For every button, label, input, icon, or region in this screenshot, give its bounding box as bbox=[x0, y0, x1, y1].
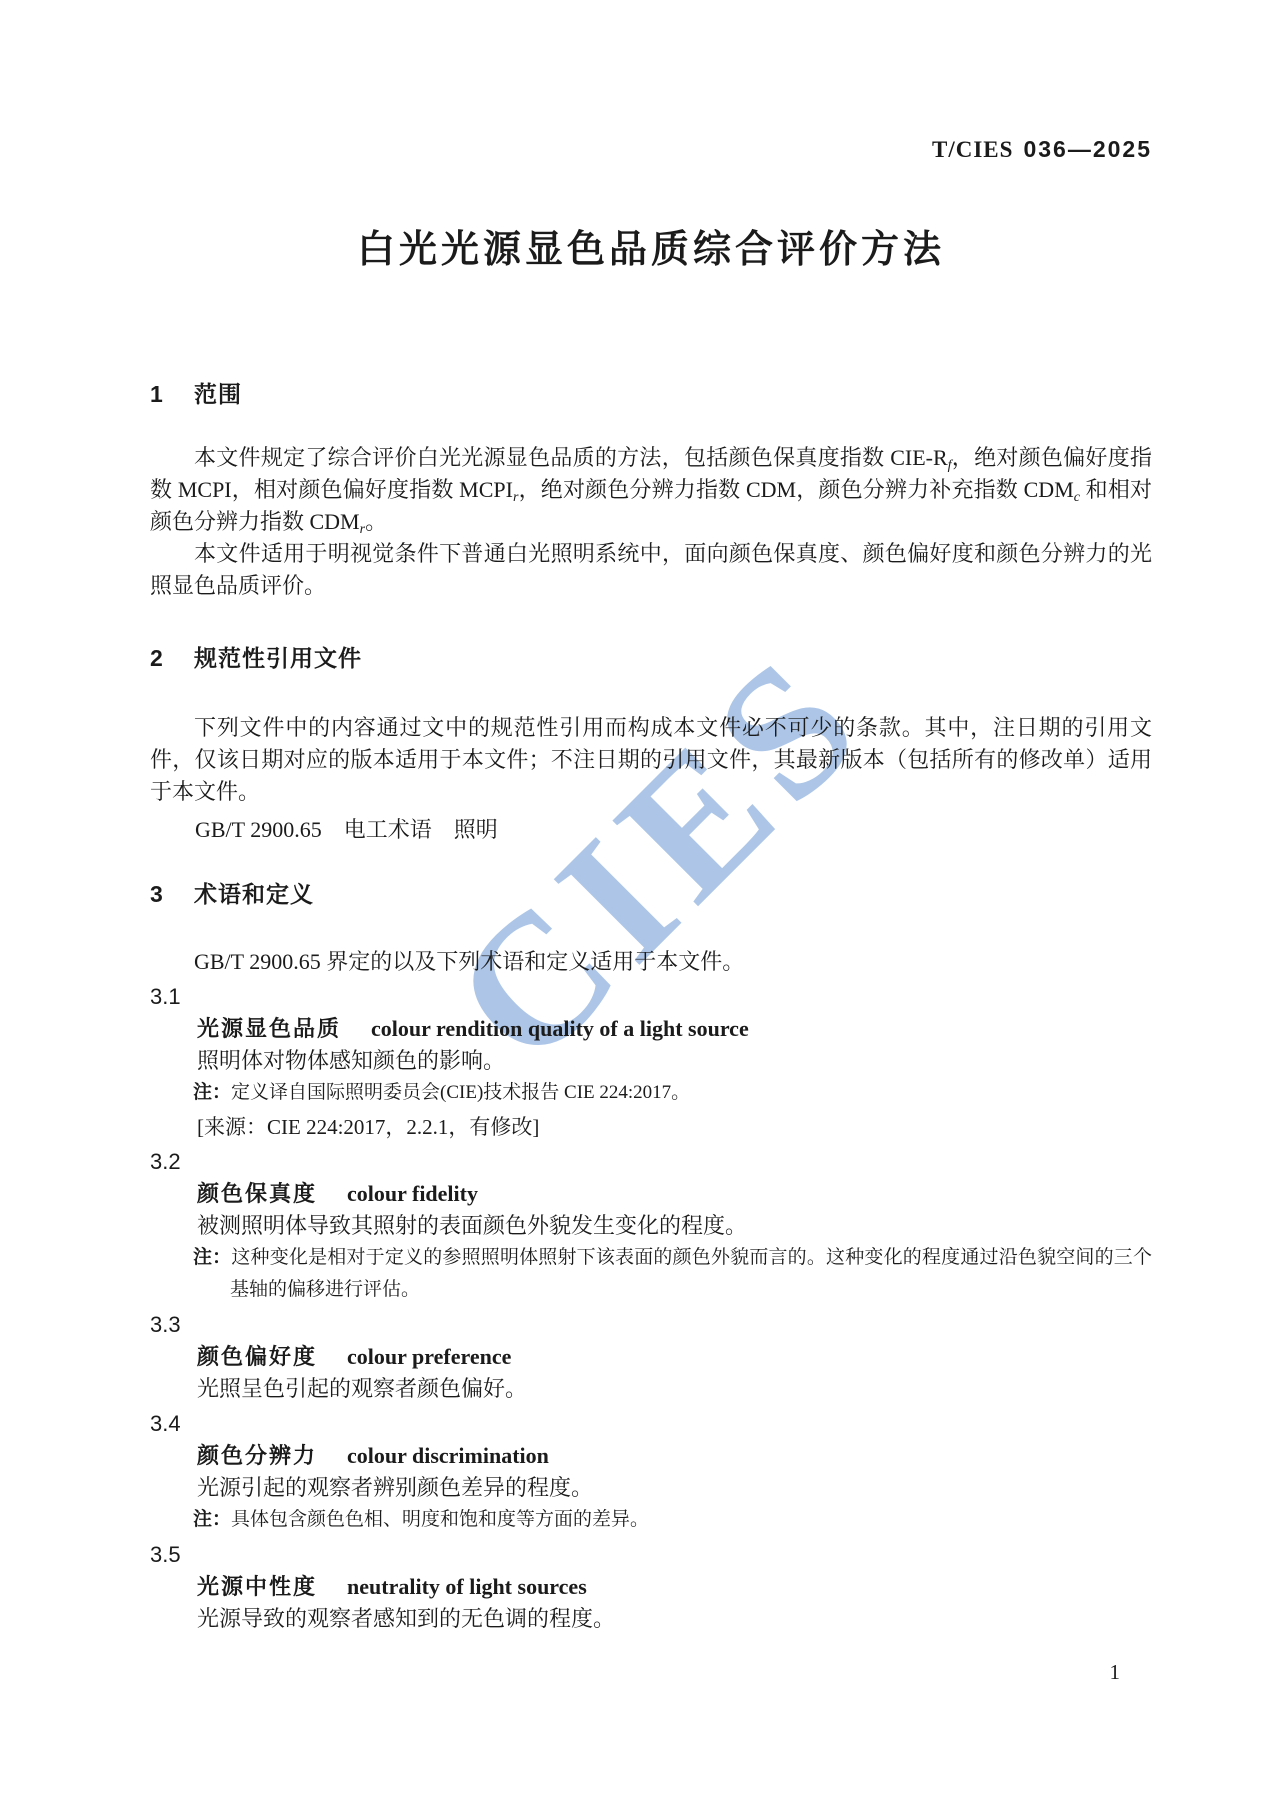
note-3-1: 注：定义译自国际照明委员会(CIE)技术报告 CIE 224:2017。 bbox=[150, 1077, 1152, 1109]
note-label: 注： bbox=[193, 1247, 231, 1268]
term-zh: 颜色分辨力 bbox=[197, 1443, 317, 1468]
terms-intro: GB/T 2900.65 界定的以及下列术语和定义适用于本文件。 bbox=[150, 946, 1152, 978]
definition-3-4: 光源引起的观察者辨别颜色差异的程度。 bbox=[150, 1472, 1152, 1504]
doc-code-prefix: T/CIES bbox=[932, 137, 1013, 162]
term-3-1: 光源显色品质colour rendition quality of a ligh… bbox=[150, 1013, 1152, 1045]
page-number: 1 bbox=[1110, 1658, 1121, 1686]
section-normref-heading: 2规范性引用文件 bbox=[150, 642, 1152, 674]
term-en: neutrality of light sources bbox=[347, 1574, 587, 1599]
clause-number-3-5: 3.5 bbox=[150, 1539, 1152, 1571]
clause-number-3-3: 3.3 bbox=[150, 1309, 1152, 1341]
text-run: ，绝对颜色分辨力指数 CDM，颜色分辨力补充指数 CDM bbox=[518, 477, 1073, 502]
text-run: 本文件规定了综合评价白光光源显色品质的方法，包括颜色保真度指数 CIE-R bbox=[194, 445, 948, 470]
section-terms-number: 3 bbox=[150, 878, 194, 910]
normref-paragraph-1: 下列文件中的内容通过文中的规范性引用而构成本文件必不可少的条款。其中，注日期的引… bbox=[150, 712, 1152, 808]
term-3-2: 颜色保真度colour fidelity bbox=[150, 1178, 1152, 1210]
doc-code-number: 036—2025 bbox=[1023, 136, 1152, 162]
scope-paragraph-2: 本文件适用于明视觉条件下普通白光照明系统中，面向颜色保真度、颜色偏好度和颜色分辨… bbox=[150, 538, 1152, 602]
section-terms-title: 术语和定义 bbox=[194, 881, 314, 907]
clause-number-3-2: 3.2 bbox=[150, 1146, 1152, 1178]
section-scope-title: 范围 bbox=[194, 381, 242, 407]
term-en: colour preference bbox=[347, 1344, 511, 1369]
term-en: colour rendition quality of a light sour… bbox=[371, 1016, 749, 1041]
section-scope-number: 1 bbox=[150, 378, 194, 410]
normref-reference-gbt-2900-65: GB/T 2900.65 电工术语 照明 bbox=[150, 814, 1152, 846]
term-zh: 光源中性度 bbox=[197, 1574, 317, 1599]
note-3-2: 注：这种变化是相对于定义的参照照明体照射下该表面的颜色外貌而言的。这种变化的程度… bbox=[150, 1242, 1152, 1306]
note-text: 定义译自国际照明委员会(CIE)技术报告 CIE 224:2017。 bbox=[231, 1082, 690, 1103]
term-3-3: 颜色偏好度colour preference bbox=[150, 1341, 1152, 1373]
definition-3-2: 被测照明体导致其照射的表面颜色外貌发生变化的程度。 bbox=[150, 1210, 1152, 1242]
term-zh: 颜色保真度 bbox=[197, 1181, 317, 1206]
term-zh: 颜色偏好度 bbox=[197, 1344, 317, 1369]
note-3-4: 注：具体包含颜色色相、明度和饱和度等方面的差异。 bbox=[150, 1504, 1152, 1536]
term-en: colour fidelity bbox=[347, 1181, 478, 1206]
section-normref-number: 2 bbox=[150, 642, 194, 674]
clause-number-3-1: 3.1 bbox=[150, 981, 1152, 1013]
doc-code: T/CIES036—2025 bbox=[150, 0, 1152, 166]
term-en: colour discrimination bbox=[347, 1443, 549, 1468]
term-3-4: 颜色分辨力colour discrimination bbox=[150, 1440, 1152, 1472]
definition-3-3: 光照呈色引起的观察者颜色偏好。 bbox=[150, 1373, 1152, 1405]
clause-number-3-4: 3.4 bbox=[150, 1408, 1152, 1440]
page-content: T/CIES036—2025 白光光源显色品质综合评价方法 1范围 本文件规定了… bbox=[150, 0, 1152, 1635]
section-normref-title: 规范性引用文件 bbox=[194, 645, 362, 671]
source-3-1: [来源：CIE 224:2017，2.2.1，有修改] bbox=[150, 1111, 1152, 1143]
scope-paragraph-1: 本文件规定了综合评价白光光源显色品质的方法，包括颜色保真度指数 CIE-Rf，绝… bbox=[150, 442, 1152, 538]
note-text: 这种变化是相对于定义的参照照明体照射下该表面的颜色外貌而言的。这种变化的程度通过… bbox=[230, 1247, 1152, 1300]
definition-3-1: 照明体对物体感知颜色的影响。 bbox=[150, 1045, 1152, 1077]
page-title: 白光光源显色品质综合评价方法 bbox=[150, 228, 1152, 272]
note-label: 注： bbox=[193, 1509, 231, 1530]
note-label: 注： bbox=[193, 1082, 231, 1103]
note-text: 具体包含颜色色相、明度和饱和度等方面的差异。 bbox=[231, 1509, 649, 1530]
text-run: 。 bbox=[365, 509, 387, 534]
definition-3-5: 光源导致的观察者感知到的无色调的程度。 bbox=[150, 1603, 1152, 1635]
section-terms-heading: 3术语和定义 bbox=[150, 878, 1152, 910]
term-zh: 光源显色品质 bbox=[197, 1016, 341, 1041]
section-scope-heading: 1范围 bbox=[150, 378, 1152, 410]
document-page: CIES T/CIES036—2025 白光光源显色品质综合评价方法 1范围 本… bbox=[0, 0, 1280, 1810]
term-3-5: 光源中性度neutrality of light sources bbox=[150, 1571, 1152, 1603]
